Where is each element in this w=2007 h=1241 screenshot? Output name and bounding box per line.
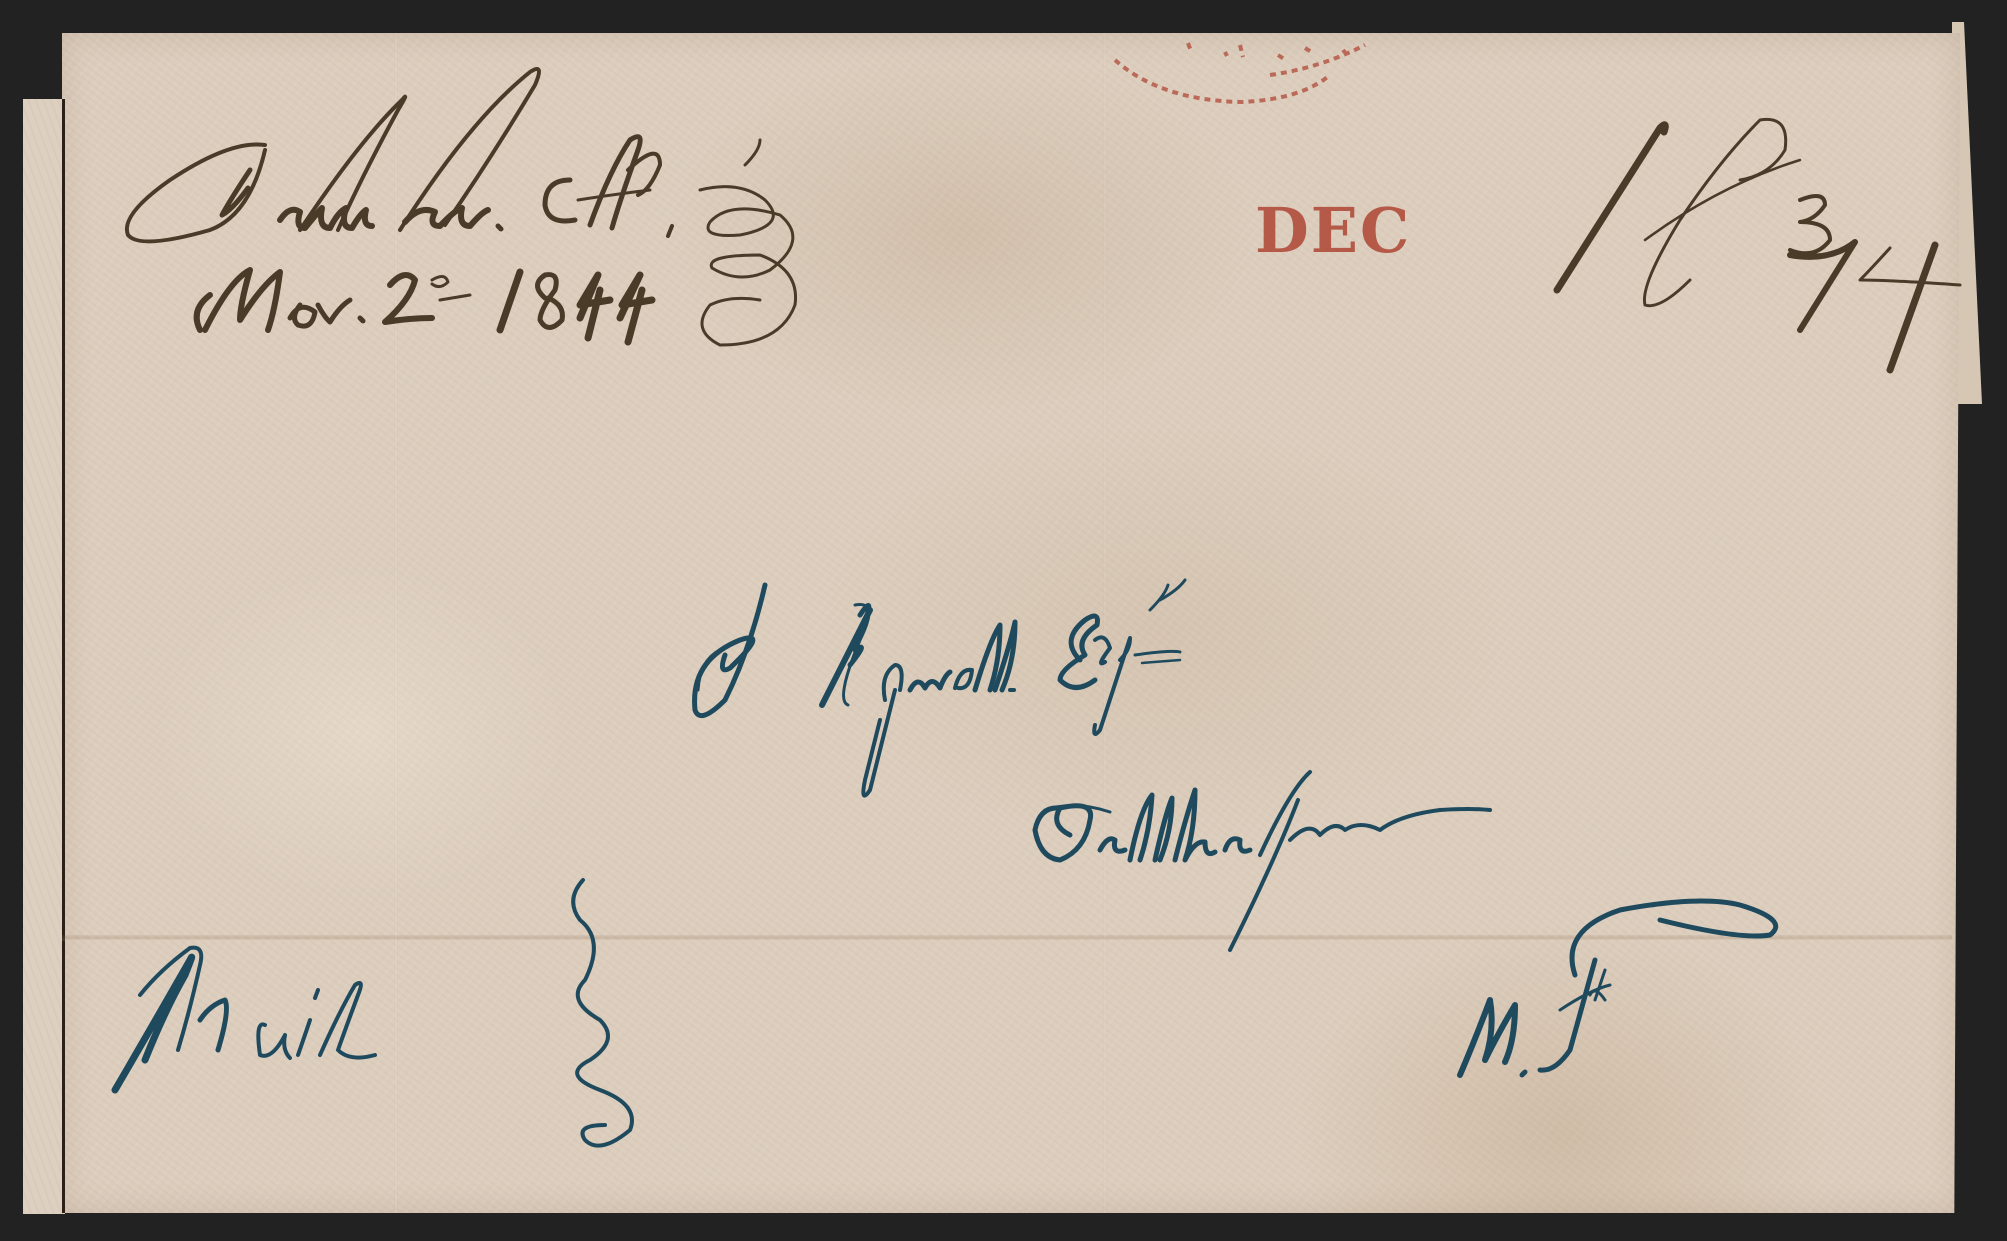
handwriting-layer [0, 0, 2007, 1241]
address-handwriting [695, 580, 1776, 1075]
mail-endorsement [115, 880, 632, 1146]
dec-month-stamp: DEC [1255, 200, 1411, 262]
rate-handwriting [1557, 119, 1960, 370]
postmark-arc [1115, 43, 1365, 102]
cover-image: DEC Columbia C.H. Nov. 2d 1844 18¾ J Bos… [0, 0, 2007, 1241]
origin-handwriting [127, 69, 796, 345]
